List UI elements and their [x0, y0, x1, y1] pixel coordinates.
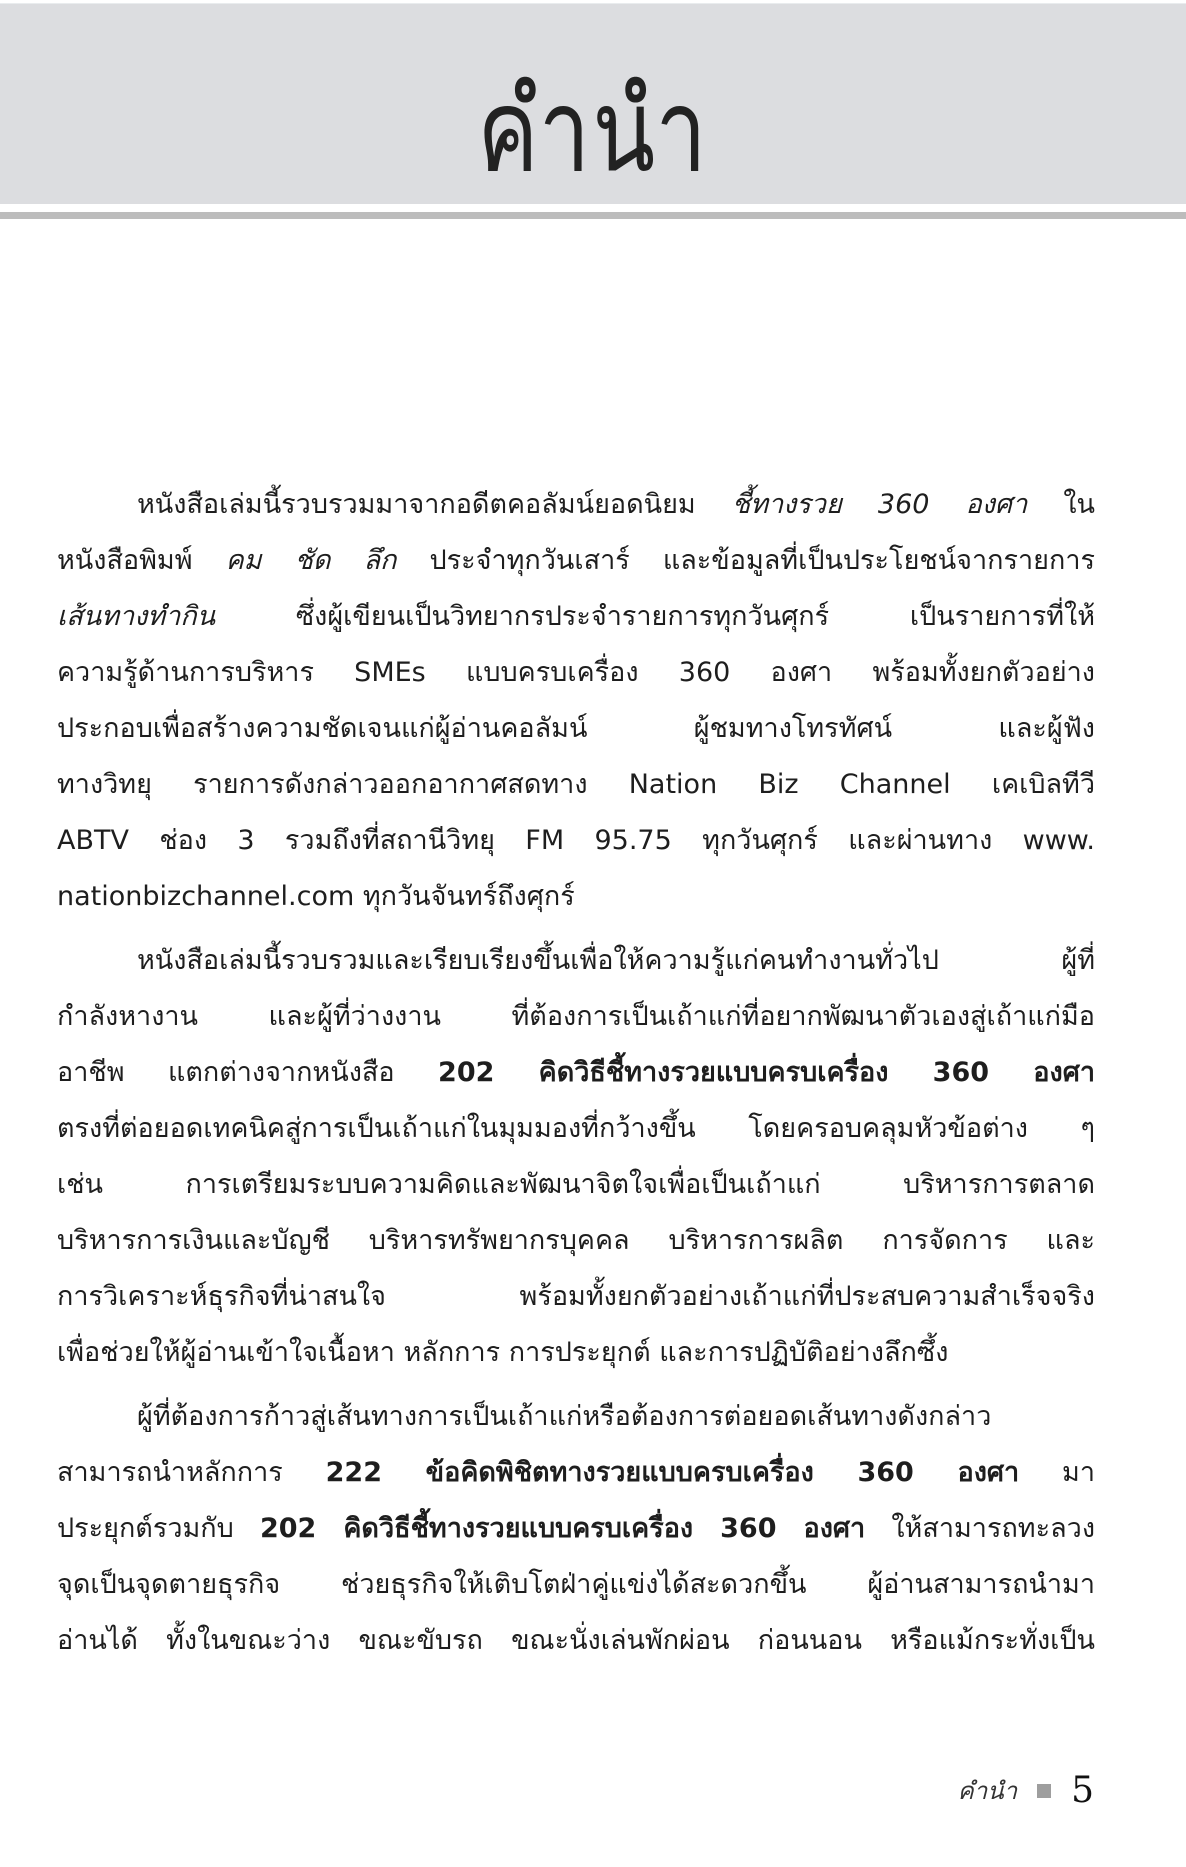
text-line: ประยุกต์รวมกับ 202 คิดวิธีชี้ทางรวยแบบคร… — [57, 1501, 1095, 1557]
paragraph-gap — [57, 925, 1095, 933]
text-line: อ่านได้ ทั้งในขณะว่าง ขณะขับรถ ขณะนั่งเล… — [57, 1613, 1095, 1669]
text-run: หนังสือพิมพ์ — [57, 545, 226, 576]
italic-title: เส้นทางทำกิน — [57, 601, 215, 632]
page-number: 5 — [1071, 1770, 1094, 1811]
text-run: ผู้ที่ต้องการก้าวสู่เส้นทางการเป็นเถ้าแก… — [137, 1401, 991, 1432]
text-line: การวิเคราะห์ธุรกิจที่น่าสนใจ พร้อมทั้งยก… — [57, 1269, 1095, 1325]
italic-title: ชี้ทางรวย 360 องศา — [732, 489, 1027, 520]
text-run: ตรงที่ต่อยอดเทคนิคสู่การเป็นเถ้าแก่ในมุม… — [57, 1113, 1095, 1144]
text-line: หนังสือเล่มนี้รวบรวมมาจากอดีตคอลัมน์ยอดน… — [57, 477, 1095, 533]
text-run: เช่น การเตรียมระบบความคิดและพัฒนาจิตใจเพ… — [57, 1169, 1095, 1200]
text-line: สามารถนำหลักการ 222 ข้อคิดพิชิตทางรวยแบบ… — [57, 1445, 1095, 1501]
text-run: หนังสือเล่มนี้รวบรวมและเรียบเรียงขึ้นเพื… — [137, 945, 1095, 976]
text-line: บริหารการเงินและบัญชี บริหารทรัพยากรบุคค… — [57, 1213, 1095, 1269]
text-run: ABTV ช่อง 3 รวมถึงที่สถานีวิทยุ FM 95.75… — [57, 825, 1095, 856]
chapter-header-band: คำนำ — [0, 3, 1186, 204]
text-run: nationbizchannel.com ทุกวันจันทร์ถึงศุกร… — [57, 881, 575, 912]
text-line: เพื่อช่วยให้ผู้อ่านเข้าใจเนื้อหา หลักการ… — [57, 1325, 1095, 1381]
running-head: คำนำ — [958, 1771, 1017, 1810]
text-run: มา — [1019, 1457, 1095, 1488]
header-divider-rule — [0, 212, 1186, 219]
text-run: ซึ่งผู้เขียนเป็นวิทยากรประจำรายการทุกวัน… — [215, 601, 1095, 632]
text-run: บริหารการเงินและบัญชี บริหารทรัพยากรบุคค… — [57, 1225, 1095, 1256]
text-run: ประจำทุกวันเสาร์ และข้อมูลที่เป็นประโยชน… — [396, 545, 1095, 576]
text-line: เส้นทางทำกิน ซึ่งผู้เขียนเป็นวิทยากรประจ… — [57, 589, 1095, 645]
text-run: หนังสือเล่มนี้รวบรวมมาจากอดีตคอลัมน์ยอดน… — [137, 489, 732, 520]
text-run: ทางวิทยุ รายการดังกล่าวออกอากาศสดทาง Nat… — [57, 769, 1095, 800]
paragraph-gap — [57, 1381, 1095, 1389]
text-run: สามารถนำหลักการ — [57, 1457, 326, 1488]
preface-body: หนังสือเล่มนี้รวบรวมมาจากอดีตคอลัมน์ยอดน… — [57, 477, 1095, 1669]
text-run: อ่านได้ ทั้งในขณะว่าง ขณะขับรถ ขณะนั่งเล… — [57, 1625, 1095, 1656]
text-line: เช่น การเตรียมระบบความคิดและพัฒนาจิตใจเพ… — [57, 1157, 1095, 1213]
text-line: หนังสือเล่มนี้รวบรวมและเรียบเรียงขึ้นเพื… — [57, 933, 1095, 989]
text-line: ประกอบเพื่อสร้างความชัดเจนแก่ผู้อ่านคอลั… — [57, 701, 1095, 757]
bold-book-title: 222 ข้อคิดพิชิตทางรวยแบบครบเครื่อง 360 อ… — [326, 1457, 1020, 1488]
text-line: อาชีพ แตกต่างจากหนังสือ 202 คิดวิธีชี้ทา… — [57, 1045, 1095, 1101]
text-line: ตรงที่ต่อยอดเทคนิคสู่การเป็นเถ้าแก่ในมุม… — [57, 1101, 1095, 1157]
bold-book-title: 202 คิดวิธีชี้ทางรวยแบบครบเครื่อง 360 อง… — [438, 1057, 1095, 1088]
text-run: การวิเคราะห์ธุรกิจที่น่าสนใจ พร้อมทั้งยก… — [57, 1281, 1095, 1312]
bold-book-title: 202 คิดวิธีชี้ทางรวยแบบครบเครื่อง 360 อง… — [260, 1513, 865, 1544]
text-run: ความรู้ด้านการบริหาร SMEs แบบครบเครื่อง … — [57, 657, 1095, 688]
text-line: ABTV ช่อง 3 รวมถึงที่สถานีวิทยุ FM 95.75… — [57, 813, 1095, 869]
text-run: อาชีพ แตกต่างจากหนังสือ — [57, 1057, 438, 1088]
text-run: เพื่อช่วยให้ผู้อ่านเข้าใจเนื้อหา หลักการ… — [57, 1337, 948, 1368]
text-run: ประยุกต์รวมกับ — [57, 1513, 260, 1544]
text-line: จุดเป็นจุดตายธุรกิจ ช่วยธุรกิจให้เติบโตฝ… — [57, 1557, 1095, 1613]
text-run: ให้สามารถทะลวง — [865, 1513, 1095, 1544]
text-line: หนังสือพิมพ์ คม ชัด ลึก ประจำทุกวันเสาร์… — [57, 533, 1095, 589]
square-separator-icon — [1037, 1784, 1051, 1798]
paragraph: หนังสือเล่มนี้รวบรวมและเรียบเรียงขึ้นเพื… — [57, 933, 1095, 1381]
text-run: ใน — [1027, 489, 1095, 520]
chapter-title: คำนำ — [0, 74, 1186, 189]
text-line: ทางวิทยุ รายการดังกล่าวออกอากาศสดทาง Nat… — [57, 757, 1095, 813]
paragraph: ผู้ที่ต้องการก้าวสู่เส้นทางการเป็นเถ้าแก… — [57, 1389, 1095, 1669]
text-run: จุดเป็นจุดตายธุรกิจ ช่วยธุรกิจให้เติบโตฝ… — [57, 1569, 1095, 1600]
paragraph: หนังสือเล่มนี้รวบรวมมาจากอดีตคอลัมน์ยอดน… — [57, 477, 1095, 925]
page-footer: คำนำ 5 — [958, 1770, 1094, 1811]
text-line: nationbizchannel.com ทุกวันจันทร์ถึงศุกร… — [57, 869, 1095, 925]
text-line: กำลังหางาน และผู้ที่ว่างงาน ที่ต้องการเป… — [57, 989, 1095, 1045]
text-line: ความรู้ด้านการบริหาร SMEs แบบครบเครื่อง … — [57, 645, 1095, 701]
text-line: ผู้ที่ต้องการก้าวสู่เส้นทางการเป็นเถ้าแก… — [57, 1389, 1095, 1445]
text-run: กำลังหางาน และผู้ที่ว่างงาน ที่ต้องการเป… — [57, 1001, 1095, 1032]
italic-title: คม ชัด ลึก — [226, 545, 397, 576]
text-run: ประกอบเพื่อสร้างความชัดเจนแก่ผู้อ่านคอลั… — [57, 713, 1095, 744]
